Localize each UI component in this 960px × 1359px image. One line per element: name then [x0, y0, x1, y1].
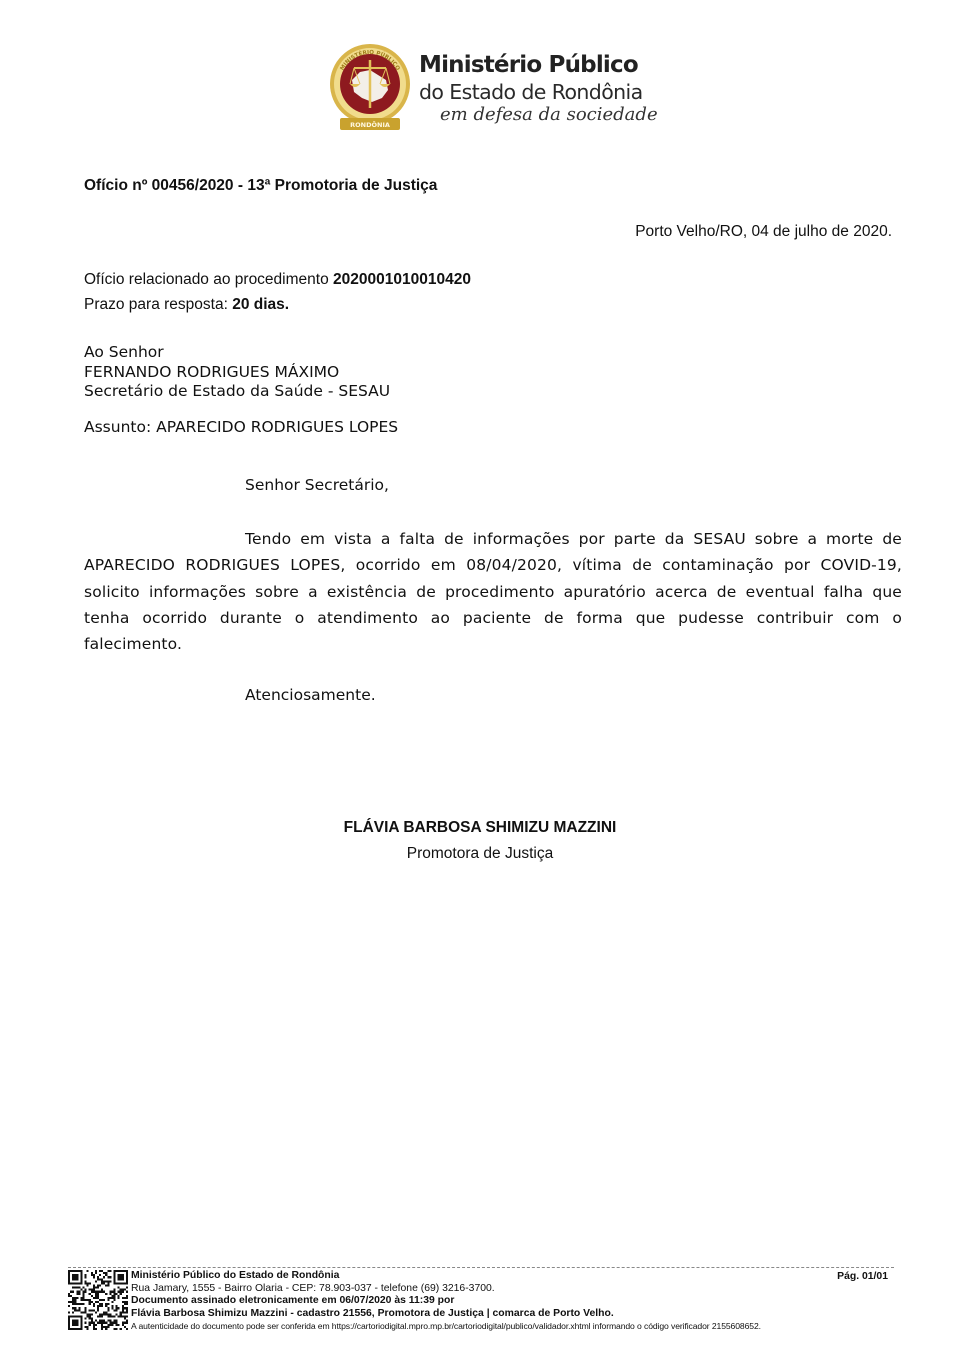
- signer-role: Promotora de Justiça: [0, 845, 960, 863]
- recipient-position: Secretário de Estado da Saúde - SESAU: [84, 382, 390, 402]
- subject-line: Assunto: APARECIDO RODRIGUES LOPES: [84, 418, 398, 436]
- svg-text:RONDÔNIA: RONDÔNIA: [350, 120, 390, 129]
- footer-divider: [68, 1267, 894, 1268]
- footer-text: Ministério Público do Estado de Rondônia…: [131, 1270, 761, 1333]
- date-line: Porto Velho/RO, 04 de julho de 2020.: [635, 223, 892, 241]
- seal-emblem-icon: RONDÔNIA MINISTÉRIO PÚBLICO: [326, 42, 414, 136]
- body-paragraph: Tendo em vista a falta de informações po…: [84, 526, 902, 657]
- procedure-reference: Ofício relacionado ao procedimento 20200…: [84, 271, 471, 289]
- recipient-name: FERNANDO RODRIGUES MÁXIMO: [84, 363, 390, 383]
- page-number: Pág. 01/01: [837, 1271, 888, 1282]
- qr-code-icon[interactable]: [68, 1270, 128, 1330]
- recipient-block: Ao Senhor FERNANDO RODRIGUES MÁXIMO Secr…: [84, 343, 390, 402]
- footer-address: Rua Jamary, 1555 - Bairro Olaria - CEP: …: [131, 1283, 761, 1296]
- document-title: Ofício nº 00456/2020 - 13ª Promotoria de…: [84, 177, 437, 195]
- footer-signed-line: Documento assinado eletronicamente em 06…: [131, 1295, 761, 1308]
- brand-tagline: em defesa da sociedade: [440, 104, 658, 125]
- deadline-value: 20 dias.: [232, 296, 289, 313]
- signer-name: FLÁVIA BARBOSA SHIMIZU MAZZINI: [0, 819, 960, 837]
- brand-subtitle: do Estado de Rondônia: [419, 80, 643, 104]
- deadline-label: Prazo para resposta:: [84, 296, 232, 313]
- salutation: Senhor Secretário,: [245, 476, 389, 494]
- procedure-label: Ofício relacionado ao procedimento: [84, 271, 333, 288]
- footer-institution: Ministério Público do Estado de Rondônia: [131, 1270, 761, 1283]
- brand-title: Ministério Público: [419, 52, 638, 78]
- response-deadline: Prazo para resposta: 20 dias.: [84, 296, 289, 314]
- procedure-number: 2020001010010420: [333, 271, 471, 288]
- footer-authenticity-line: A autenticidade do documento pode ser co…: [131, 1320, 761, 1333]
- recipient-greeting: Ao Senhor: [84, 343, 390, 363]
- footer-signer-line: Flávia Barbosa Shimizu Mazzini - cadastr…: [131, 1308, 761, 1321]
- closing: Atenciosamente.: [245, 686, 376, 704]
- institution-logo: RONDÔNIA MINISTÉRIO PÚBLICO Ministério P…: [326, 42, 646, 136]
